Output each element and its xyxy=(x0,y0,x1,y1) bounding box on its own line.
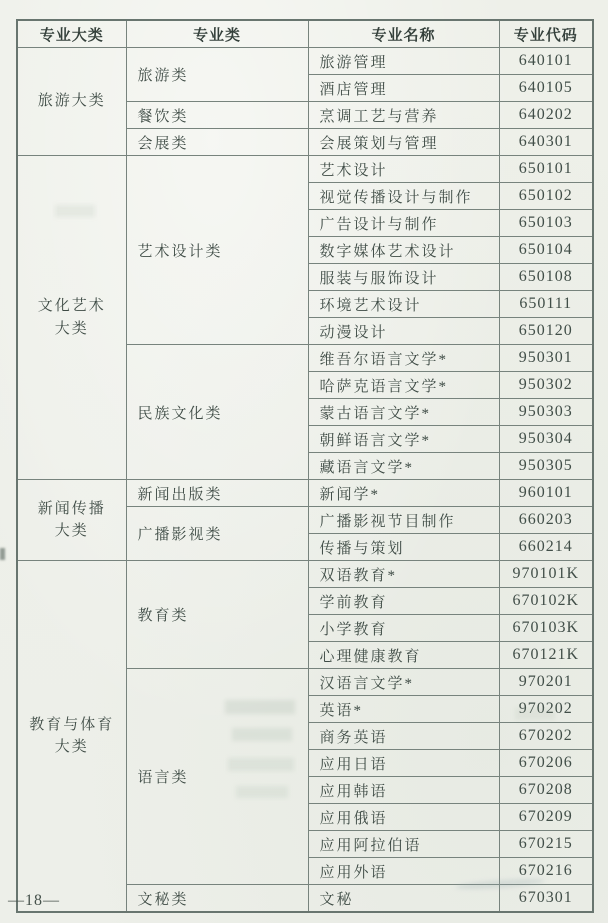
cell-major-name: 广告设计与制作 xyxy=(308,210,499,237)
cell-major-code: 640301 xyxy=(499,129,593,156)
cell-major-code: 640101 xyxy=(499,48,593,75)
cell-major-name: 会展策划与管理 xyxy=(308,129,499,156)
table-row: 文化艺术 大类艺术设计类艺术设计650101 xyxy=(17,156,593,183)
cell-major-name: 数字媒体艺术设计 xyxy=(308,237,499,264)
cell-major-code: 670121K xyxy=(499,642,593,669)
cell-major-code: 950304 xyxy=(499,426,593,453)
cell-major-code: 650108 xyxy=(499,264,593,291)
cell-major-name: 旅游管理 xyxy=(308,48,499,75)
page-number: —18— xyxy=(8,892,60,910)
cell-class: 广播影视类 xyxy=(126,507,308,561)
cell-class: 语言类 xyxy=(126,669,308,885)
cell-class: 艺术设计类 xyxy=(126,156,308,345)
cell-major-code: 660214 xyxy=(499,534,593,561)
cell-category: 新闻传播 大类 xyxy=(17,480,126,561)
cell-class: 文秘类 xyxy=(126,885,308,913)
cell-category: 文化艺术 大类 xyxy=(17,156,126,480)
cell-major-code: 650104 xyxy=(499,237,593,264)
cell-major-code: 670216 xyxy=(499,858,593,885)
scanned-document-page: 专业大类专业类专业名称专业代码 旅游大类旅游类旅游管理640101酒店管理640… xyxy=(0,0,608,923)
cell-major-name: 艺术设计 xyxy=(308,156,499,183)
cell-major-code: 970202 xyxy=(499,696,593,723)
cell-class: 教育类 xyxy=(126,561,308,669)
cell-major-name: 应用韩语 xyxy=(308,777,499,804)
cell-major-name: 服装与服饰设计 xyxy=(308,264,499,291)
cell-major-name: 心理健康教育 xyxy=(308,642,499,669)
column-header-3: 专业名称 xyxy=(308,20,499,48)
cell-major-code: 640202 xyxy=(499,102,593,129)
cell-major-name: 环境艺术设计 xyxy=(308,291,499,318)
cell-major-name: 朝鲜语言文学* xyxy=(308,426,499,453)
cell-major-name: 藏语言文学* xyxy=(308,453,499,480)
cell-major-name: 双语教育* xyxy=(308,561,499,588)
cell-major-code: 950302 xyxy=(499,372,593,399)
cell-major-code: 670208 xyxy=(499,777,593,804)
cell-major-name: 传播与策划 xyxy=(308,534,499,561)
cell-class: 新闻出版类 xyxy=(126,480,308,507)
cell-major-name: 学前教育 xyxy=(308,588,499,615)
cell-class: 旅游类 xyxy=(126,48,308,102)
cell-class: 会展类 xyxy=(126,129,308,156)
cell-major-name: 烹调工艺与营养 xyxy=(308,102,499,129)
column-header-1: 专业大类 xyxy=(17,20,126,48)
cell-major-code: 670215 xyxy=(499,831,593,858)
cell-major-code: 650111 xyxy=(499,291,593,318)
cell-major-code: 660203 xyxy=(499,507,593,534)
cell-major-name: 维吾尔语言文学* xyxy=(308,345,499,372)
cell-major-name: 广播影视节目制作 xyxy=(308,507,499,534)
cell-major-code: 950305 xyxy=(499,453,593,480)
cell-major-name: 动漫设计 xyxy=(308,318,499,345)
table-row: 新闻传播 大类新闻出版类新闻学*960101 xyxy=(17,480,593,507)
cell-major-name: 英语* xyxy=(308,696,499,723)
column-header-2: 专业类 xyxy=(126,20,308,48)
column-header-4: 专业代码 xyxy=(499,20,593,48)
scan-speck xyxy=(0,548,5,560)
table-row: 教育与体育 大类教育类双语教育*970101K xyxy=(17,561,593,588)
cell-major-code: 670301 xyxy=(499,885,593,913)
table-row: 旅游大类旅游类旅游管理640101 xyxy=(17,48,593,75)
cell-major-code: 970201 xyxy=(499,669,593,696)
cell-major-name: 应用日语 xyxy=(308,750,499,777)
cell-major-name: 哈萨克语言文学* xyxy=(308,372,499,399)
cell-major-code: 670103K xyxy=(499,615,593,642)
cell-major-code: 670209 xyxy=(499,804,593,831)
cell-major-code: 650103 xyxy=(499,210,593,237)
cell-major-name: 文秘 xyxy=(308,885,499,913)
cell-major-code: 670202 xyxy=(499,723,593,750)
majors-table: 专业大类专业类专业名称专业代码 旅游大类旅游类旅游管理640101酒店管理640… xyxy=(16,19,594,913)
cell-major-code: 950303 xyxy=(499,399,593,426)
cell-major-name: 酒店管理 xyxy=(308,75,499,102)
cell-major-name: 视觉传播设计与制作 xyxy=(308,183,499,210)
cell-major-code: 650102 xyxy=(499,183,593,210)
cell-major-name: 应用俄语 xyxy=(308,804,499,831)
cell-major-code: 670206 xyxy=(499,750,593,777)
cell-major-code: 650101 xyxy=(499,156,593,183)
cell-major-code: 650120 xyxy=(499,318,593,345)
cell-category: 教育与体育 大类 xyxy=(17,561,126,913)
cell-major-name: 小学教育 xyxy=(308,615,499,642)
cell-major-code: 950301 xyxy=(499,345,593,372)
cell-major-name: 汉语言文学* xyxy=(308,669,499,696)
cell-major-code: 670102K xyxy=(499,588,593,615)
cell-major-name: 商务英语 xyxy=(308,723,499,750)
cell-major-name: 应用阿拉伯语 xyxy=(308,831,499,858)
cell-major-code: 960101 xyxy=(499,480,593,507)
cell-major-name: 蒙古语言文学* xyxy=(308,399,499,426)
cell-category: 旅游大类 xyxy=(17,48,126,156)
cell-major-name: 应用外语 xyxy=(308,858,499,885)
cell-class: 民族文化类 xyxy=(126,345,308,480)
cell-major-name: 新闻学* xyxy=(308,480,499,507)
cell-major-code: 640105 xyxy=(499,75,593,102)
cell-class: 餐饮类 xyxy=(126,102,308,129)
table-header-row: 专业大类专业类专业名称专业代码 xyxy=(17,20,593,48)
cell-major-code: 970101K xyxy=(499,561,593,588)
